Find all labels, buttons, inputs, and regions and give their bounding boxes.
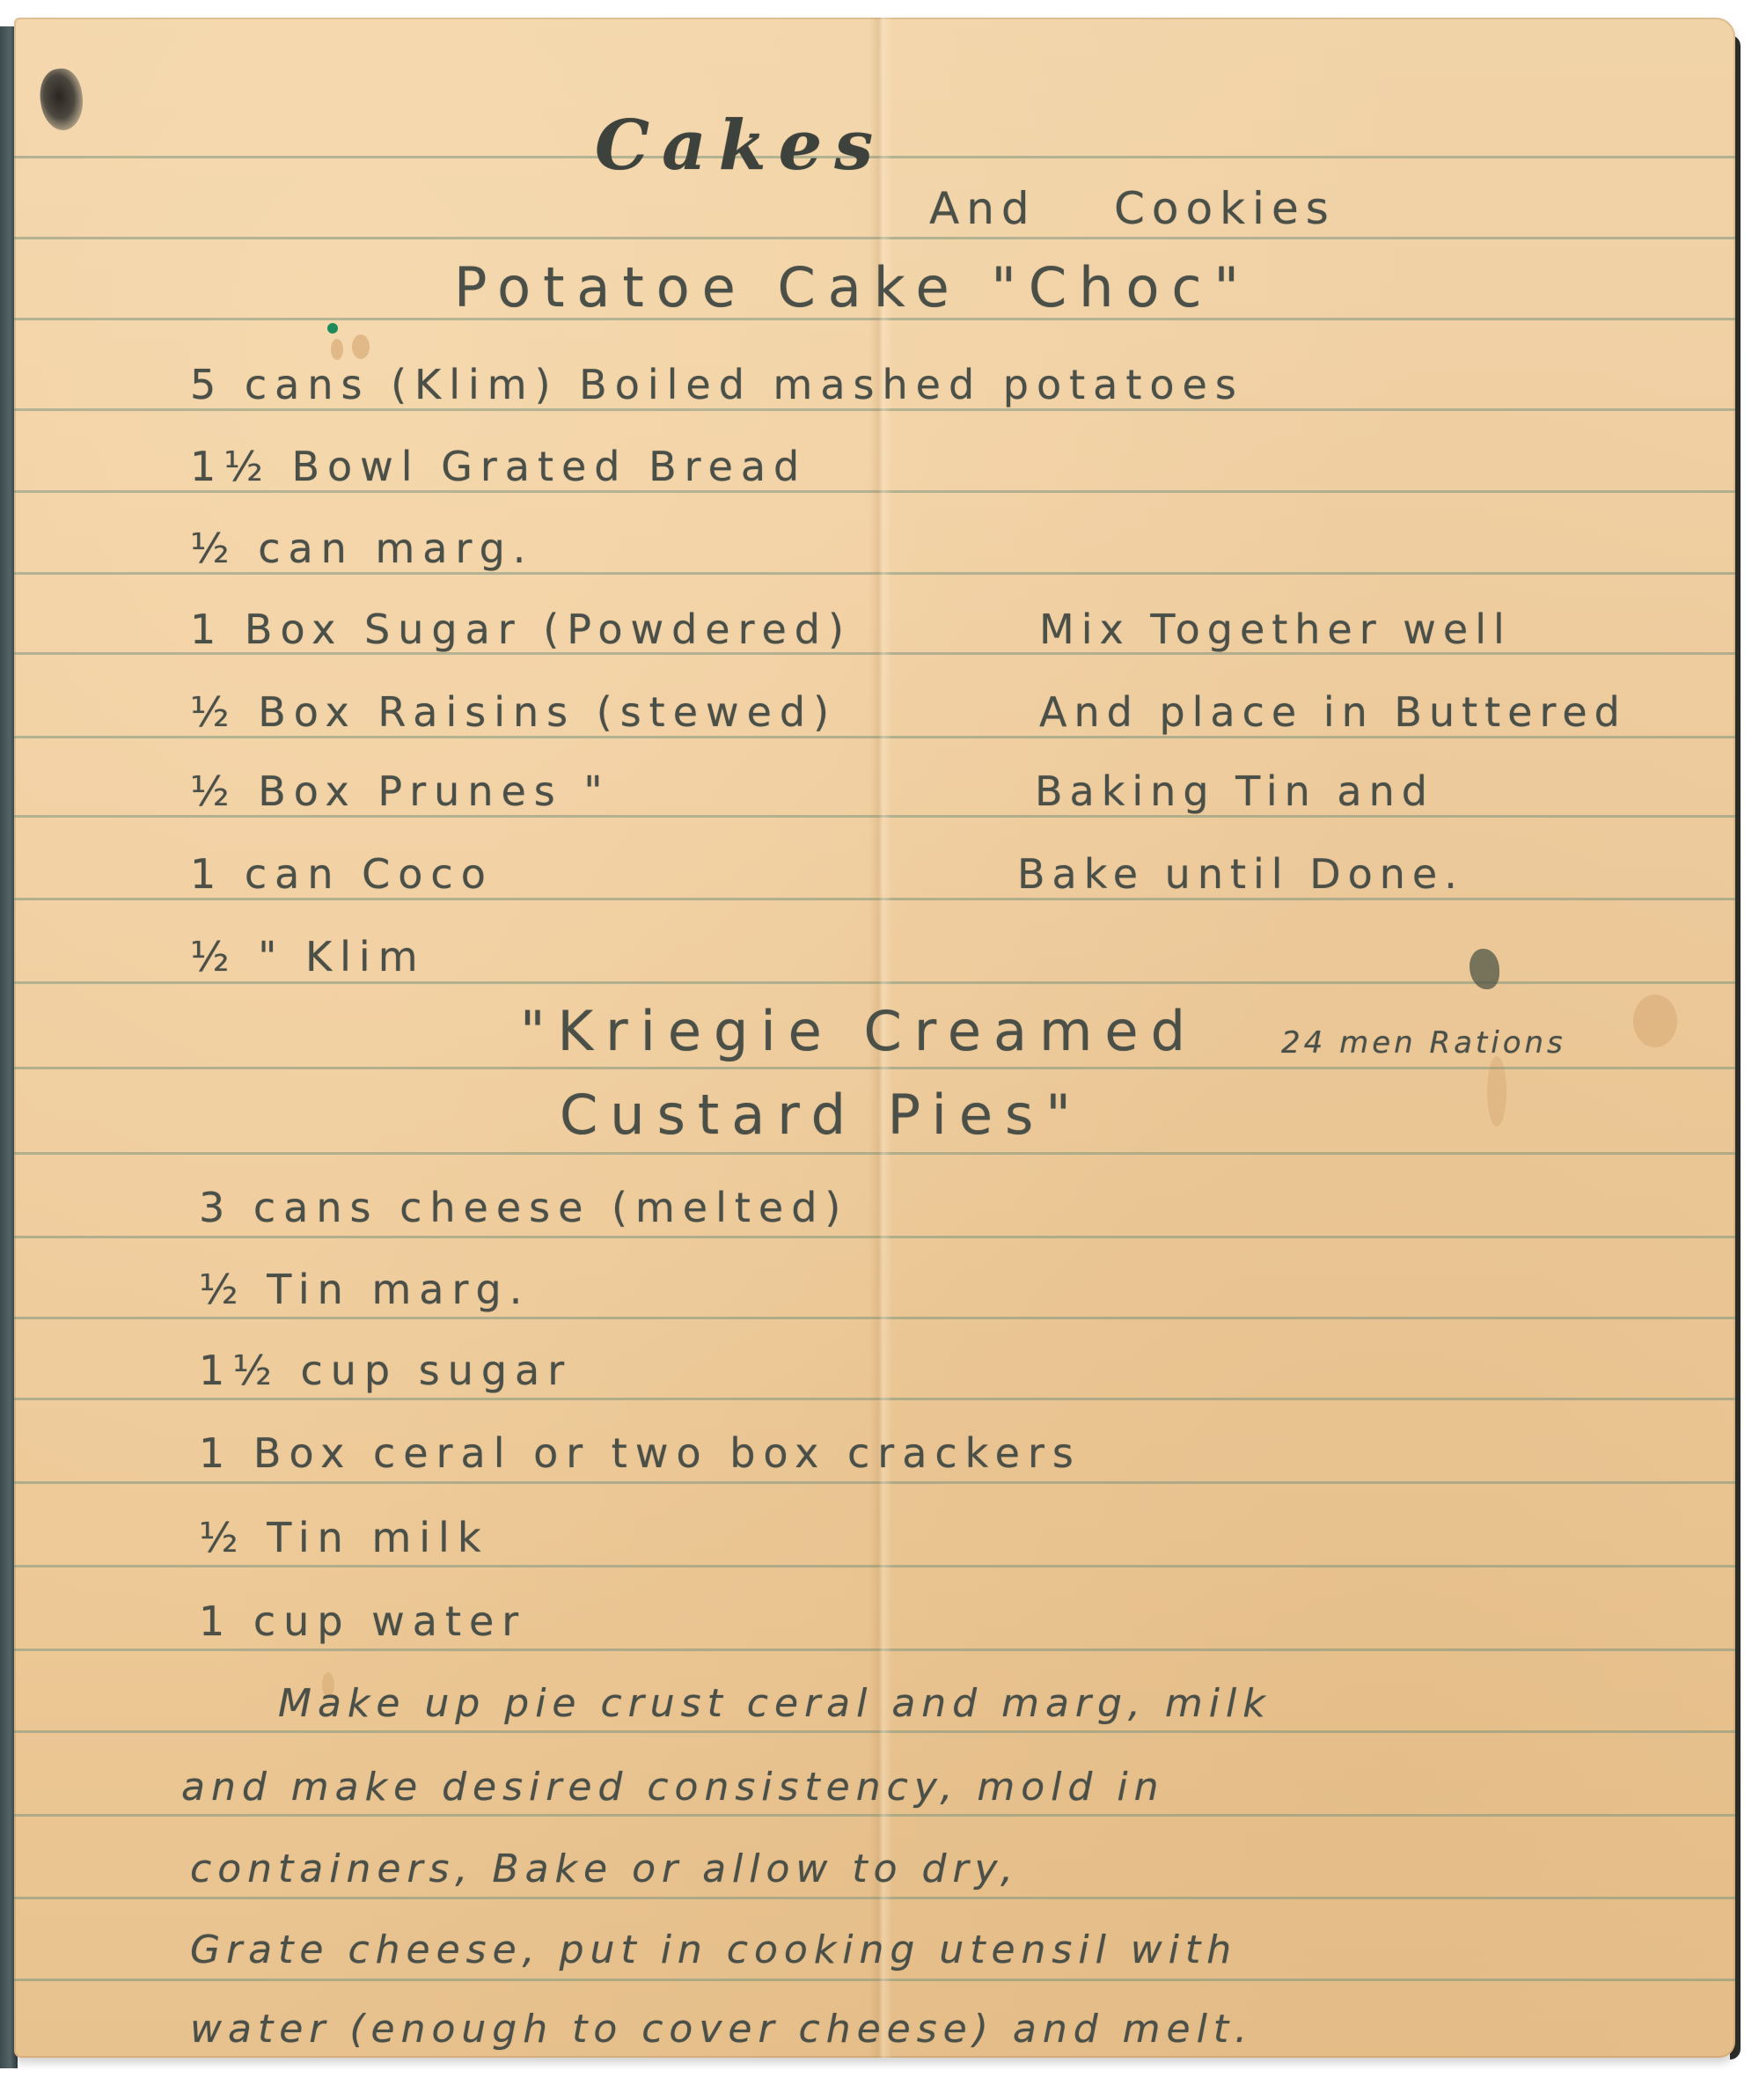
recipe-1-ingredient: 1 Box Sugar (Powdered) [190, 606, 852, 653]
recipe-2-ingredient: 1½ cup sugar [199, 1347, 572, 1394]
recipe-1-ingredient: ½ Box Raisins (stewed) [190, 688, 837, 736]
recipe-2-serving-note: 24 men Rations [1281, 1025, 1566, 1061]
subtitle-and: And [929, 183, 1037, 234]
recipe-2-instruction: Grate cheese, put in cooking utensil wit… [190, 1927, 1237, 1972]
recipe-1-instruction: Baking Tin and [1035, 767, 1434, 815]
stain [1487, 1056, 1506, 1127]
green-ink-dot [327, 323, 338, 334]
recipe-1-ingredient: ½ " Klim [190, 933, 426, 980]
recipe-2-ingredient: ½ Tin marg. [199, 1266, 530, 1313]
recipe-1-ingredient: 5 cans (Klim) Boiled mashed potatoes [190, 361, 1244, 408]
recipe-1-instruction: Bake until Done. [1017, 850, 1464, 898]
recipe-2-instruction: Make up pie crust ceral and marg, milk [278, 1681, 1272, 1726]
page-hole [36, 66, 86, 133]
recipe-2-instruction: containers, Bake or allow to dry, [190, 1847, 1019, 1891]
recipe-2-ingredient: ½ Tin milk [199, 1514, 488, 1561]
stain [331, 339, 343, 360]
page-title: Cakes [595, 106, 885, 186]
recipe-1-instruction: Mix Together well [1039, 606, 1512, 653]
recipe-2-ingredient: 3 cans cheese (melted) [199, 1184, 848, 1231]
stain [352, 334, 370, 359]
recipe-2-ingredient: 1 Box ceral or two box crackers [199, 1429, 1081, 1477]
subtitle-cookies: Cookies [1114, 183, 1336, 234]
recipe-1-ingredient: ½ Box Prunes " [190, 767, 611, 815]
recipe-1-ingredient: ½ can marg. [190, 525, 533, 572]
recipe-1-ingredient: 1½ Bowl Grated Bread [190, 443, 807, 490]
recipe-1-ingredient: 1 can Coco [190, 850, 494, 898]
recipe-1-instruction: And place in Buttered [1039, 688, 1627, 736]
recipe-2-instruction: and make desired consistency, mold in [181, 1765, 1164, 1810]
recipe-1-title: Potatoe Cake "Choc" [454, 255, 1251, 319]
stain [1633, 995, 1677, 1047]
notebook-page: Cakes And Cookies Potatoe Cake "Choc" 5 … [14, 18, 1735, 2058]
recipe-2-ingredient: 1 cup water [199, 1597, 526, 1645]
recipe-2-instruction: water (enough to cover cheese) and melt. [190, 2007, 1253, 2052]
recipe-2-title-line-1: "Kriegie Creamed [520, 999, 1198, 1063]
recipe-2-title-line-2: Custard Pies" [560, 1083, 1083, 1147]
